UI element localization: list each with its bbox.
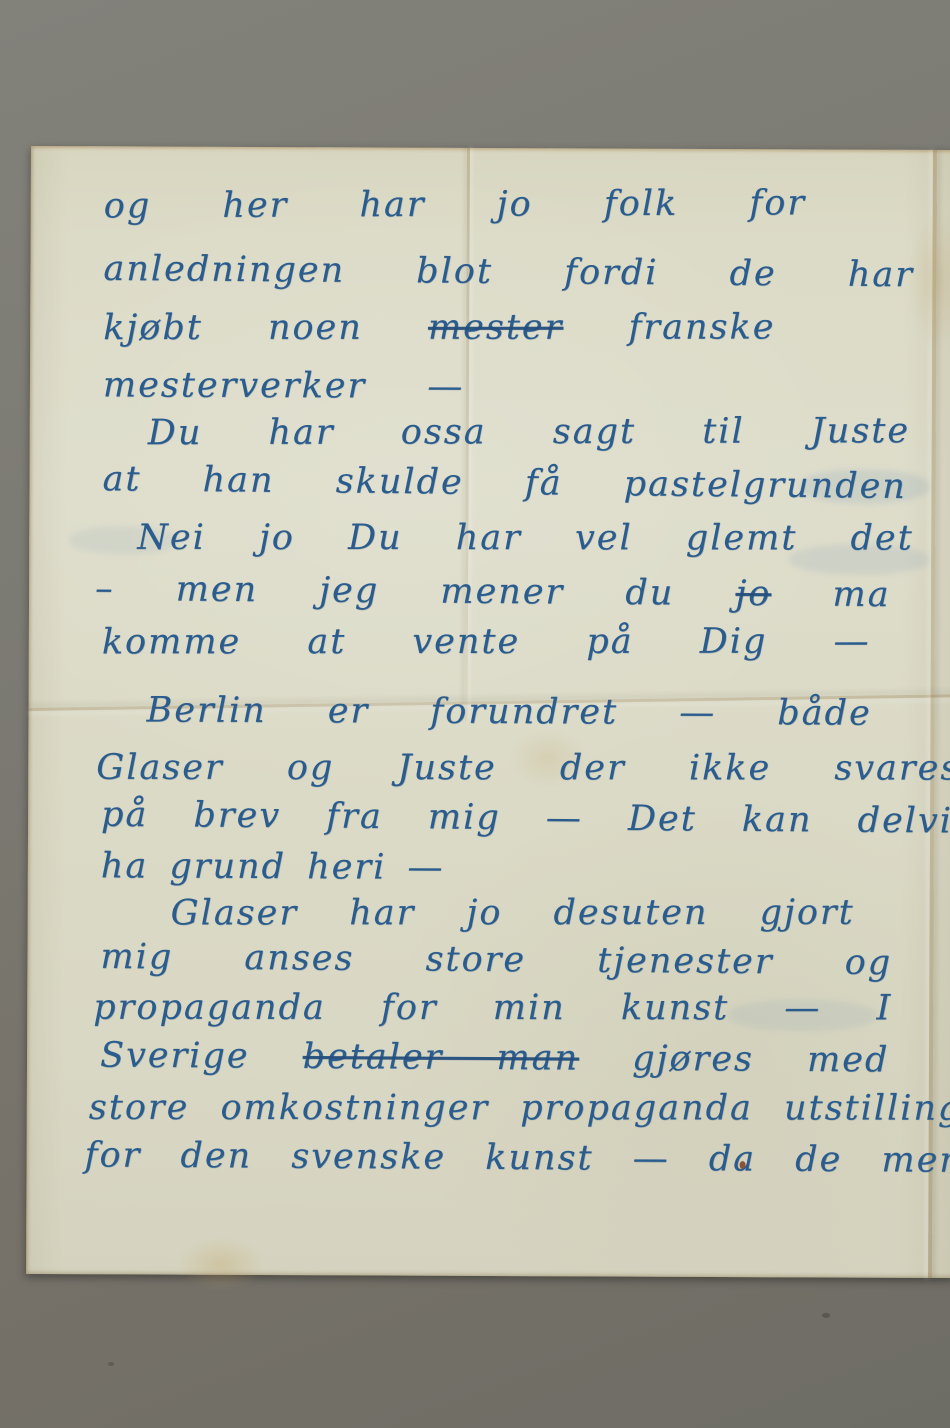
letter-line: for den svenske kunst — da de mener — [84, 1135, 950, 1181]
handwriting-segment: Berlin er forundret — både — [146, 691, 871, 734]
letter-line: på brev fra mig — Det kan delvis — [101, 795, 950, 842]
letter-line: at han skulde få pastelgrunden — [102, 459, 907, 507]
backdrop-speck — [822, 1313, 830, 1318]
handwriting-segment: mig anses store tjenester og — [100, 937, 892, 983]
handwriting-segment: ha grund heri — — [101, 846, 445, 887]
paper-stain — [176, 1237, 266, 1292]
letter-line: ha grund heri — — [101, 846, 445, 887]
handwriting-segment: ma — [771, 574, 890, 615]
letter-line: og her har jo folk for — [104, 183, 807, 226]
backdrop-speck — [108, 1362, 114, 1366]
handwriting-segment: Glaser og Juste der ikke svares — [96, 748, 950, 789]
letter-line: Sverige betaler man gjøres med — [100, 1036, 890, 1081]
photograph-of-letter: { "document": { "kind": "handwritten-let… — [0, 0, 950, 1428]
handwriting-segment: mesterverker — — [103, 365, 465, 407]
handwriting-segment: for den svenske kunst — da de mener — [84, 1135, 950, 1181]
letter-line: – men jeg mener du jo ma — [95, 569, 891, 615]
struck-out-word: mester — [428, 308, 563, 348]
struck-out-word: betaler man — [303, 1037, 580, 1079]
handwriting-segment: anledningen blot fordi de har — [103, 249, 914, 295]
handwriting-segment: Sverige — [100, 1036, 303, 1077]
handwriting-segment: at han skulde få pastelgrunden — [102, 459, 907, 507]
handwriting-segment: kjøbt noen — [103, 308, 428, 348]
letter-line: Nei jo Du har vel glemt det — [137, 518, 913, 559]
handwriting-segment: Du har ossa sagt til Juste — [148, 411, 910, 453]
handwriting-segment: franske — [563, 307, 775, 347]
letter-line: Glaser har jo desuten gjort — [171, 893, 855, 934]
letter-line: Berlin er forundret — både — [146, 691, 871, 734]
handwriting-segment: komme at vente på Dig — — [102, 622, 871, 663]
handwriting-segment: Nei jo Du har vel glemt det — [137, 518, 913, 559]
letter-line: komme at vente på Dig — — [102, 622, 871, 663]
handwriting-segment: propaganda for min kunst — I — [93, 988, 892, 1029]
letter-line: store omkostninger propaganda utstilling… — [89, 1088, 950, 1129]
handwriting-segment: gjøres med — [579, 1039, 890, 1081]
letter-line: Du har ossa sagt til Juste — [148, 411, 910, 453]
letter-page: og her har jo folk foranledningen blot f… — [26, 146, 950, 1278]
handwriting-segment: Glaser har jo desuten gjort — [171, 893, 855, 934]
letter-line: mesterverker — — [103, 365, 465, 407]
handwriting-segment: store omkostninger propaganda utstilling… — [89, 1088, 950, 1129]
letter-line: Glaser og Juste der ikke svares — [96, 748, 950, 789]
letter-line: mig anses store tjenester og — [100, 937, 892, 983]
handwriting-segment: og her har jo folk for — [104, 183, 807, 226]
handwriting-segment: – men jeg mener du — [95, 569, 736, 614]
letter-line: kjøbt noen mester franske — [103, 307, 775, 348]
letter-lines: og her har jo folk foranledningen blot f… — [31, 146, 950, 150]
letter-line: anledningen blot fordi de har — [103, 249, 914, 295]
handwriting-segment: på brev fra mig — Det kan delvis — [101, 795, 950, 842]
struck-out-word: jo — [735, 574, 771, 614]
letter-line: propaganda for min kunst — I — [93, 988, 892, 1029]
